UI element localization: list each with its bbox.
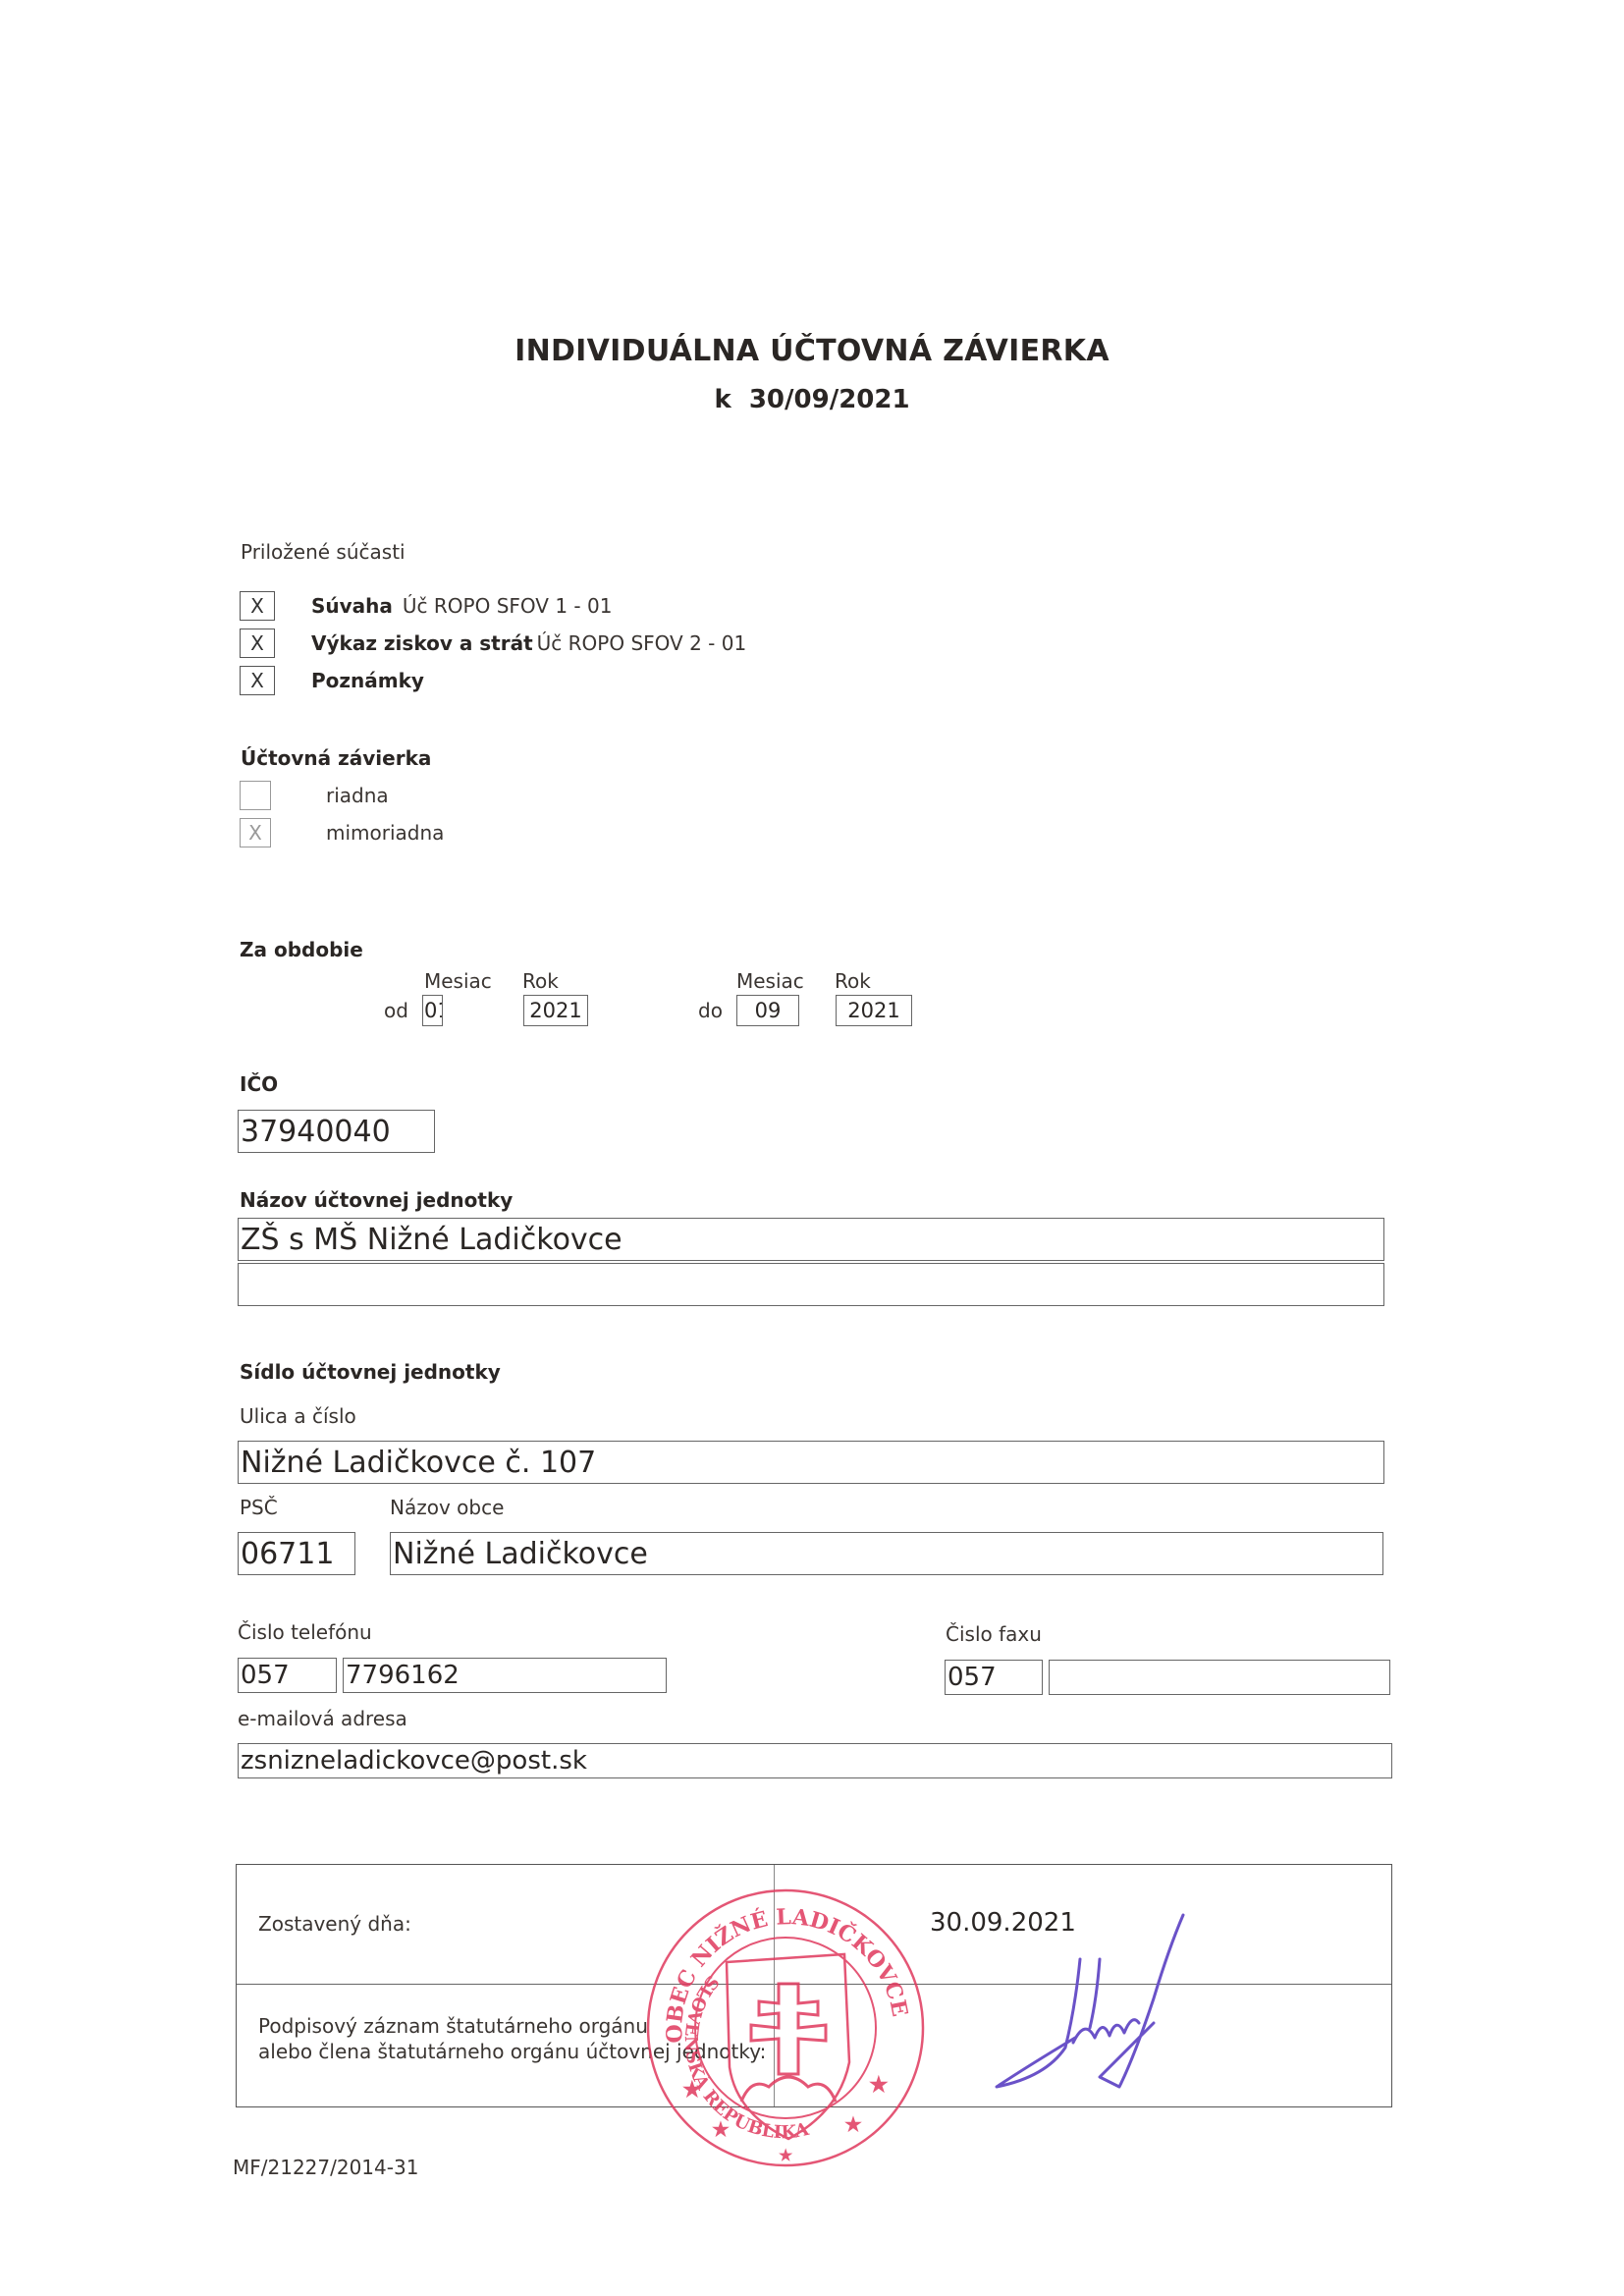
phone-label: Čislo telefónu — [238, 1620, 372, 1644]
attachment-checkbox-income-statement[interactable]: X — [240, 629, 275, 658]
to-label: do — [698, 999, 723, 1022]
attachment-row-income-statement: X Výkaz ziskov a strát Úč ROPO SFOV 2 - … — [240, 629, 746, 658]
to-month-label: Mesiac — [736, 969, 804, 993]
email-field[interactable]: zsnizneladickovce@post.sk — [238, 1743, 1392, 1778]
attachments-label: Priložené súčasti — [241, 540, 406, 564]
street-field[interactable]: Nižné Ladičkovce č. 107 — [238, 1441, 1384, 1484]
document-date: k 30/09/2021 — [0, 385, 1624, 414]
city-field[interactable]: Nižné Ladičkovce — [390, 1532, 1383, 1575]
svg-text:★: ★ — [712, 2117, 730, 2141]
attachment-row-notes: X Poznámky — [240, 666, 424, 695]
ico-field[interactable]: 37940040 — [238, 1110, 435, 1153]
period-label: Za obdobie — [240, 938, 363, 961]
closing-type-option-extraordinary[interactable]: X mimoriadna — [240, 818, 444, 847]
entity-name-field-line1[interactable]: ZŠ s MŠ Nižné Ladičkovce — [238, 1218, 1384, 1261]
email-label: e-mailová adresa — [238, 1707, 407, 1730]
attachment-checkbox-notes[interactable]: X — [240, 666, 275, 695]
from-year-label: Rok — [522, 969, 559, 993]
from-month-label: Mesiac — [424, 969, 492, 993]
psc-field[interactable]: 06711 — [238, 1532, 355, 1575]
closing-type-checkbox-extraordinary[interactable]: X — [240, 818, 271, 847]
street-label: Ulica a číslo — [240, 1404, 356, 1428]
from-month-field[interactable]: 01 — [422, 995, 443, 1026]
fax-number-field[interactable] — [1049, 1660, 1390, 1695]
svg-text:★: ★ — [844, 2112, 862, 2136]
closing-type-option-label: riadna — [326, 784, 389, 807]
closing-type-option-label: mimoriadna — [326, 821, 444, 845]
closing-type-label: Účtovná závierka — [241, 746, 431, 770]
to-month-field[interactable]: 09 — [736, 995, 799, 1026]
to-year-field[interactable]: 2021 — [836, 995, 912, 1026]
entity-name-label: Názov účtovnej jednotky — [240, 1188, 513, 1212]
city-label: Názov obce — [390, 1496, 504, 1519]
svg-text:★: ★ — [779, 2146, 793, 2164]
phone-prefix-field[interactable]: 057 — [238, 1658, 337, 1693]
phone-number-field[interactable]: 7796162 — [343, 1658, 667, 1693]
to-year-label: Rok — [835, 969, 871, 993]
signature-label-line1: Podpisový záznam štatutárneho orgánu — [258, 2014, 648, 2038]
document-title: INDIVIDUÁLNA ÚČTOVNÁ ZÁVIERKA — [0, 334, 1624, 368]
signature-table-row-divider — [237, 1984, 1391, 1985]
form-code: MF/21227/2014-31 — [233, 2156, 418, 2179]
closing-type-option-regular[interactable]: riadna — [240, 781, 389, 810]
psc-label: PSČ — [240, 1496, 278, 1519]
signature-table: Zostavený dňa: 30.09.2021 Podpisový zázn… — [236, 1864, 1392, 2107]
from-year-field[interactable]: 2021 — [523, 995, 588, 1026]
attachment-row-balance: X Súvaha Úč ROPO SFOV 1 - 01 — [240, 591, 612, 621]
ico-label: IČO — [240, 1072, 278, 1096]
signature-table-column-divider — [774, 1865, 775, 2106]
attachment-title: Súvaha — [311, 594, 393, 618]
fax-label: Čislo faxu — [946, 1622, 1042, 1646]
compiled-date-value[interactable]: 30.09.2021 — [930, 1908, 1076, 1938]
attachment-title: Poznámky — [311, 669, 424, 692]
address-label: Sídlo účtovnej jednotky — [240, 1360, 501, 1384]
fax-prefix-field[interactable]: 057 — [945, 1660, 1043, 1695]
closing-type-checkbox-regular[interactable] — [240, 781, 271, 810]
attachment-checkbox-balance[interactable]: X — [240, 591, 275, 621]
attachment-form-code: Úč ROPO SFOV 1 - 01 — [403, 594, 613, 618]
entity-name-field-line2[interactable] — [238, 1263, 1384, 1306]
attachment-title: Výkaz ziskov a strát — [311, 631, 533, 655]
compiled-date-label: Zostavený dňa: — [258, 1912, 411, 1936]
from-label: od — [384, 999, 408, 1022]
attachment-form-code: Úč ROPO SFOV 2 - 01 — [537, 631, 747, 655]
signature-label-line2: alebo člena štatutárneho orgánu účtovnej… — [258, 2040, 766, 2063]
